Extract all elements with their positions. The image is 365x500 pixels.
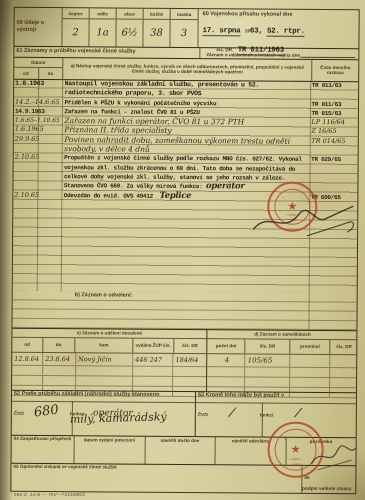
cvo-handwritten-value: 680 xyxy=(33,402,60,420)
military-service-record-form: 59 Údaje o výstroji čepice oděv obuv koš… xyxy=(11,8,358,493)
equipment-value-cap: 2 xyxy=(62,19,89,46)
handwritten-evaluation-note: milý, kamarádský xyxy=(70,410,167,426)
equipment-col-shirt: košile xyxy=(144,9,171,20)
handwritten-place: Teplice xyxy=(160,190,192,200)
section-d-missed-time-table: d) Záznam o zameškáních počet dní čís. D… xyxy=(207,329,357,392)
column-divider xyxy=(308,293,309,330)
col-issue-date: datum vydání potvrzení xyxy=(75,435,146,463)
col-dr-head: Číslo denního rozkazu xyxy=(312,59,358,81)
service-row: 1.8.1963 Nastoupil vojenskou základní sl… xyxy=(14,79,358,100)
col-od: od xyxy=(14,68,39,79)
section-60-oath: 60 Vojenskou přísahu vykonal dne 17. srp… xyxy=(198,9,358,48)
col-a-head: a) Nástup vojenské činné služby, funkce,… xyxy=(63,57,312,81)
commander-signature-caption: podpis velitele útvaru xyxy=(302,487,351,492)
oath-unit: 52. rtpr. xyxy=(267,27,305,36)
equipment-value-mask: 3 xyxy=(170,20,197,47)
c-col-dr: čís. DR xyxy=(174,339,207,353)
c-col-zup: vydána ŽUP čís. xyxy=(133,339,173,353)
dash-mark: / xyxy=(294,405,302,421)
equipment-col-cap: čepice xyxy=(63,8,90,19)
commander-signature xyxy=(249,191,361,244)
missed-time-row: 4 105/65 xyxy=(207,354,357,368)
cvo-cell-63: ČVO / xyxy=(196,402,263,436)
equipment-and-oath-row: 59 Údaje o výstroji čepice oděv obuv koš… xyxy=(14,8,358,49)
equipment-value-shoes: 6½ xyxy=(116,20,143,47)
col-do: do xyxy=(39,68,63,79)
oath-year: 63, xyxy=(250,27,263,35)
leave-and-missed-time-tables: c) Záznam o udělení dovolené od do kam v… xyxy=(12,328,356,393)
equipment-col-clothes: oděv xyxy=(90,8,117,19)
section-59-label: 59 Údaje o výstroji xyxy=(14,8,62,46)
d-col-dr: čís. DR xyxy=(246,339,291,353)
blank-line xyxy=(300,51,355,58)
section-65-label: 65 Oprávnění získaná ve vojenské činné s… xyxy=(11,463,302,493)
section-59-equipment: 59 Údaje o výstroji čepice oděv obuv koš… xyxy=(14,8,198,47)
commander-signature-bottom xyxy=(307,430,359,476)
handwritten-function: operátor xyxy=(206,181,245,191)
leave-record-row: 12.8.64 23.8.64 Nový Jičín 446 247 184/6… xyxy=(12,353,206,367)
section-c-leave-table: c) Záznam o udělení dovolené od do kam v… xyxy=(12,328,207,391)
section-b-detachment: b) Záznam o odvelení: xyxy=(12,291,356,331)
dash-mark: / xyxy=(229,405,237,421)
equipment-value-shirt: 38 xyxy=(143,20,170,47)
equipment-col-mask: maska xyxy=(171,9,198,20)
section-64-label: 64 Zaopatřovací příspěvek xyxy=(12,435,75,463)
d-col-dr2: čís. DR xyxy=(331,340,358,354)
date-column-head: Datum od do xyxy=(14,57,63,79)
oath-date: 17. srpna xyxy=(202,27,240,36)
equipment-value-clothes: 1a xyxy=(89,19,116,46)
print-reference: 965-Z. 44-B — 70V—7213496/2 xyxy=(14,492,85,497)
section-b-label: b) Záznam o odvelení: xyxy=(75,292,133,299)
service-row: 29.9.65 Povinen nahradit dobu, zameškano… xyxy=(14,135,358,156)
c-col-kam: kam xyxy=(75,338,133,352)
c-col-do: do xyxy=(43,338,76,352)
c-col-od: od xyxy=(12,338,43,352)
equipment-col-shoes: obuv xyxy=(117,9,144,20)
cvo-cell: ČVO 680 xyxy=(12,401,73,435)
d-col-prominul: prominul xyxy=(290,340,331,354)
d-col-days: počet dní xyxy=(207,339,246,353)
col-notice-received: návěští došlo dne xyxy=(145,436,216,464)
scanned-paper-background: 59 Údaje o výstroji čepice oděv obuv koš… xyxy=(0,0,365,500)
